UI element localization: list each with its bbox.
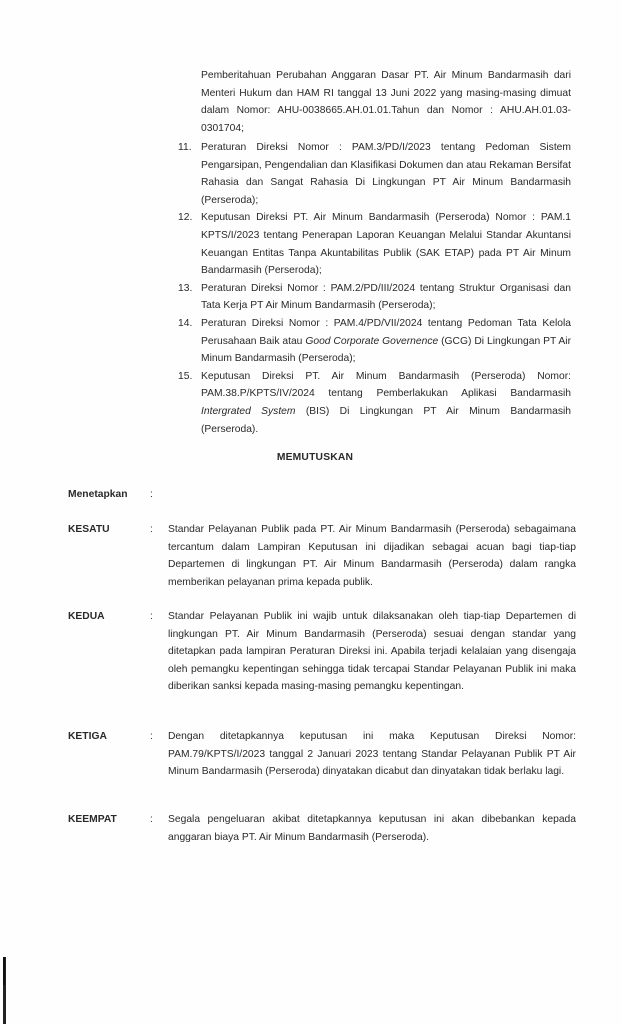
list-text: Peraturan Direksi Nomor : PAM.4/PD/VII/2…: [201, 315, 571, 368]
row-text: Dengan ditetapkannya keputusan ini maka …: [168, 728, 576, 781]
italic-term: Good Corporate Governence: [305, 336, 438, 347]
row-colon: :: [150, 521, 168, 591]
row-label: Menetapkan: [68, 486, 150, 504]
section-heading: MEMUTUSKAN: [0, 452, 622, 463]
row-label: KETIGA: [68, 728, 150, 781]
list-item: 11. Peraturan Direksi Nomor : PAM.3/PD/I…: [178, 139, 571, 209]
decision-kesatu: KESATU : Standar Pelayanan Publik pada P…: [68, 521, 576, 591]
list-item: 13. Peraturan Direksi Nomor : PAM.2/PD/I…: [178, 280, 571, 315]
text-segment: Keputusan Direksi PT. Air Minum Bandarma…: [201, 371, 571, 400]
list-item: 12. Keputusan Direksi PT. Air Minum Band…: [178, 209, 571, 279]
row-text: Standar Pelayanan Publik pada PT. Air Mi…: [168, 521, 576, 591]
list-number: 14.: [178, 315, 201, 368]
row-colon: :: [150, 486, 168, 504]
decision-keempat: KEEMPAT : Segala pengeluaran akibat dite…: [68, 811, 576, 846]
row-label: KEEMPAT: [68, 811, 150, 846]
row-colon: :: [150, 811, 168, 846]
document-page: Pemberitahuan Perubahan Anggaran Dasar P…: [0, 0, 622, 1024]
row-text: Standar Pelayanan Publik ini wajib untuk…: [168, 608, 576, 696]
continuation-paragraph: Pemberitahuan Perubahan Anggaran Dasar P…: [201, 67, 571, 137]
row-colon: :: [150, 608, 168, 696]
list-text: Peraturan Direksi Nomor : PAM.3/PD/I/202…: [201, 139, 571, 209]
list-item: 14. Peraturan Direksi Nomor : PAM.4/PD/V…: [178, 315, 571, 368]
list-number: 11.: [178, 139, 201, 209]
italic-term: Intergrated System: [201, 406, 296, 417]
row-text: Segala pengeluaran akibat ditetapkannya …: [168, 811, 576, 846]
list-number: 15.: [178, 368, 201, 438]
list-number: 13.: [178, 280, 201, 315]
list-text: Peraturan Direksi Nomor : PAM.2/PD/III/2…: [201, 280, 571, 315]
considerations-list: 11. Peraturan Direksi Nomor : PAM.3/PD/I…: [178, 139, 571, 438]
row-label: KESATU: [68, 521, 150, 591]
list-item: 15. Keputusan Direksi PT. Air Minum Band…: [178, 368, 571, 438]
menetapkan-row: Menetapkan :: [68, 486, 576, 504]
scan-edge-mark: [3, 957, 5, 985]
decision-ketiga: KETIGA : Dengan ditetapkannya keputusan …: [68, 728, 576, 781]
list-number: 12.: [178, 209, 201, 279]
list-text: Keputusan Direksi PT. Air Minum Bandarma…: [201, 368, 571, 438]
row-colon: :: [150, 728, 168, 781]
row-label: KEDUA: [68, 608, 150, 696]
list-text: Keputusan Direksi PT. Air Minum Bandarma…: [201, 209, 571, 279]
decision-kedua: KEDUA : Standar Pelayanan Publik ini waj…: [68, 608, 576, 696]
